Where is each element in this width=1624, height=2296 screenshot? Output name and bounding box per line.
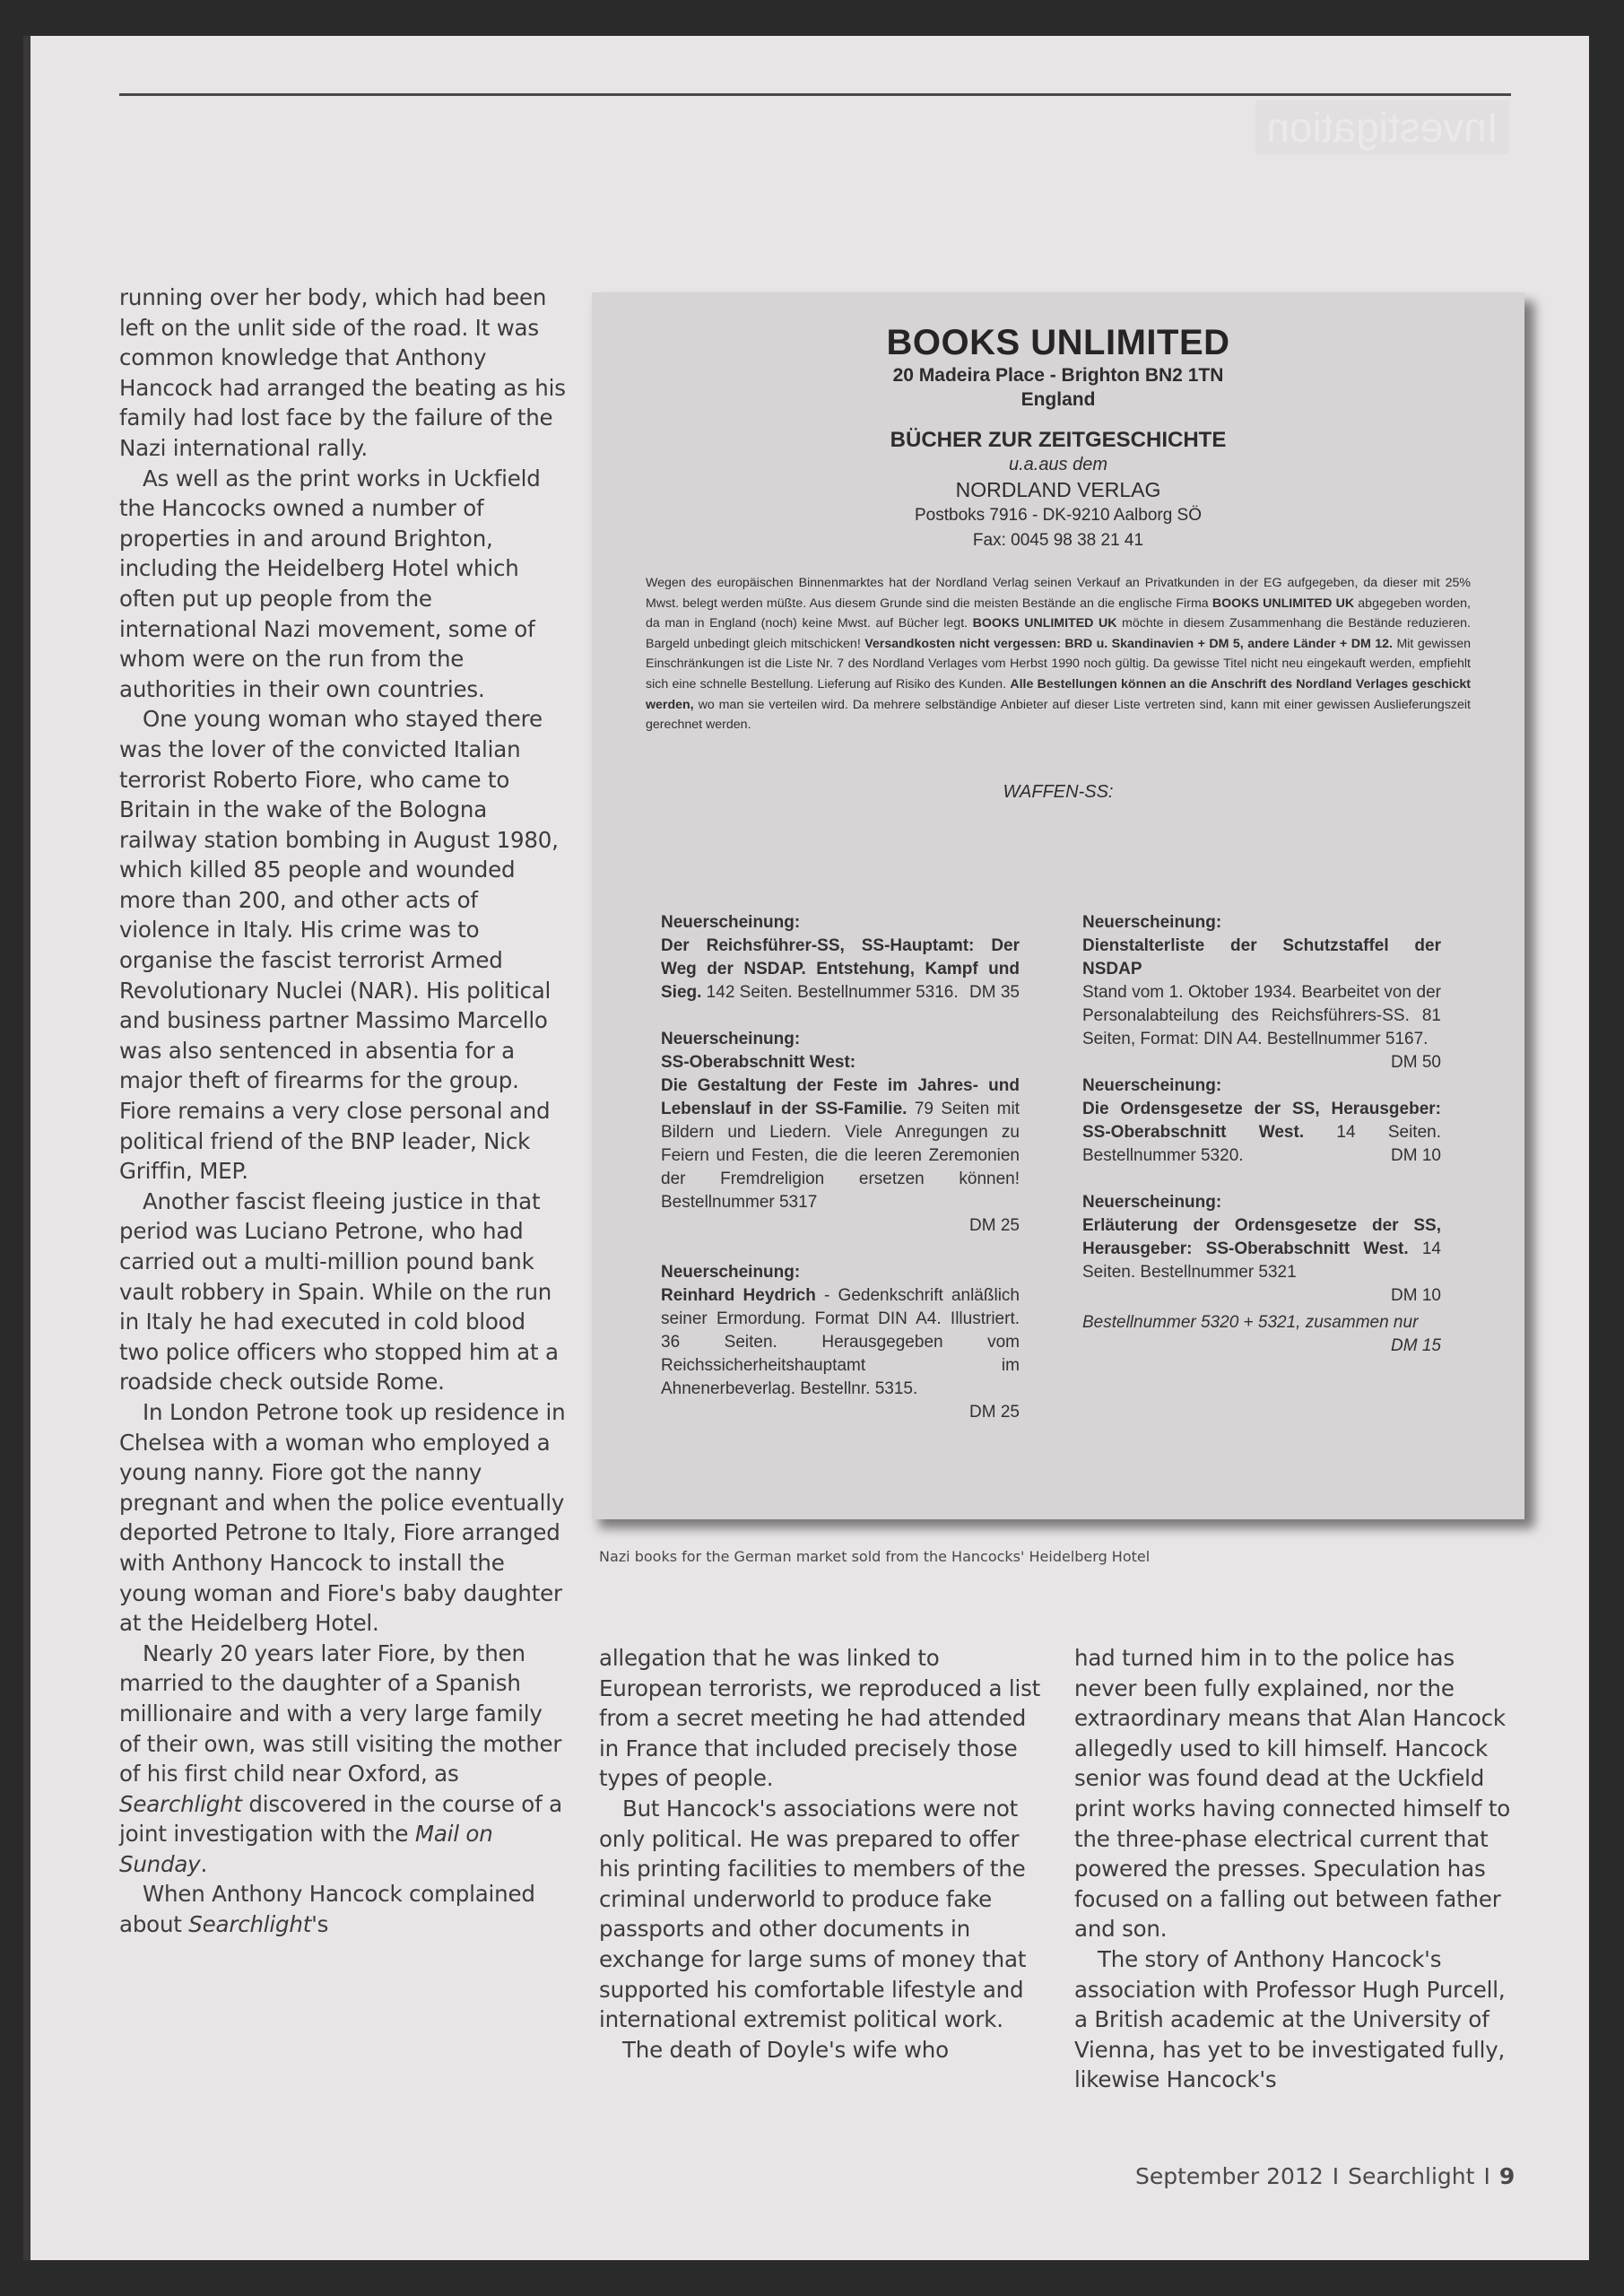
books-advert-figure: BOOKS UNLIMITED 20 Madeira Place - Brigh…	[592, 292, 1524, 1519]
advert-header: BOOKS UNLIMITED 20 Madeira Place - Brigh…	[592, 292, 1524, 553]
book-price: DM 10	[1082, 1284, 1441, 1308]
advert-fax: Fax: 0045 98 38 21 41	[592, 528, 1524, 553]
paragraph: The death of Doyle's wife who	[599, 2035, 1047, 2066]
footer-separator: I	[1483, 2163, 1489, 2189]
book-title: Reinhard Heydrich	[661, 1286, 816, 1305]
paragraph: Another fascist fleeing justice in that …	[119, 1187, 568, 1397]
combo-offer: Bestellnummer 5320 + 5321, zusammen nur …	[1082, 1311, 1441, 1335]
paragraph: One young woman who stayed there was the…	[119, 704, 568, 1187]
advert-notice: Wegen des europäischen Binnenmarktes hat…	[646, 573, 1471, 735]
header-rule	[119, 93, 1511, 96]
advert-listing-left: Neuerscheinung: Der Reichsführer-SS, SS-…	[661, 911, 1020, 1448]
publication-name: Searchlight	[119, 1791, 242, 1817]
article-column-3: had turned him in to the police has neve…	[1074, 1643, 1523, 2095]
advert-postbox: Postboks 7916 - DK-9210 Aalborg SÖ	[592, 503, 1524, 528]
book-price: DM 35	[969, 981, 1020, 1004]
advert-section-heading: WAFFEN-SS:	[592, 782, 1524, 803]
advert-country: England	[592, 387, 1524, 412]
book-entry: Neuerscheinung: Reinhard Heydrich - Gede…	[661, 1261, 1020, 1424]
paragraph: But Hancock's associations were not only…	[599, 1794, 1047, 2035]
article-column-2: allegation that he was linked to Europea…	[599, 1643, 1047, 2065]
advert-title: BOOKS UNLIMITED	[592, 323, 1524, 363]
book-price: DM 50	[1391, 1051, 1441, 1074]
section-tag: Investigation	[1255, 100, 1509, 154]
book-entry: Neuerscheinung: Die Ordensgesetze der SS…	[1082, 1074, 1441, 1168]
paragraph: As well as the print works in Uckfield t…	[119, 464, 568, 705]
advert-address: 20 Madeira Place - Brighton BN2 1TN	[592, 363, 1524, 387]
paragraph: allegation that he was linked to Europea…	[599, 1643, 1047, 1794]
book-entry: Neuerscheinung: Der Reichsführer-SS, SS-…	[661, 911, 1020, 1004]
publication-name: Searchlight	[1348, 2163, 1474, 2189]
paragraph: The story of Anthony Hancock's associati…	[1074, 1944, 1523, 2095]
book-price: DM 25	[661, 1214, 1020, 1238]
page-number: 9	[1499, 2163, 1515, 2189]
article-column-1: running over her body, which had been le…	[119, 283, 568, 1940]
paragraph: running over her body, which had been le…	[119, 283, 568, 464]
advert-publisher: NORDLAND VERLAG	[592, 476, 1524, 503]
book-entry: Neuerscheinung: SS-Oberabschnitt West: D…	[661, 1028, 1020, 1238]
paragraph: In London Petrone took up residence in C…	[119, 1397, 568, 1639]
footer-separator: I	[1333, 2163, 1339, 2189]
book-entry: Neuerscheinung: Dienstalterliste der Sch…	[1082, 911, 1441, 1051]
page-footer: September 2012ISearchlightI9	[1135, 2163, 1515, 2189]
issue-date: September 2012	[1135, 2163, 1324, 2189]
book-title: Dienstalterliste der Schutzstaffel der N…	[1082, 936, 1441, 978]
publication-name: Searchlight	[188, 1911, 311, 1937]
paragraph: When Anthony Hancock complained about Se…	[119, 1879, 568, 1939]
book-price: DM 25	[661, 1401, 1020, 1424]
advert-listing-right: Neuerscheinung: Dienstalterliste der Sch…	[1082, 911, 1441, 1358]
combo-price: DM 15	[1391, 1335, 1441, 1358]
advert-ua: u.a.aus dem	[592, 453, 1524, 476]
book-entry: Neuerscheinung: Erläuterung der Ordensge…	[1082, 1191, 1441, 1308]
figure-caption: Nazi books for the German market sold fr…	[599, 1548, 1150, 1565]
book-price: DM 10	[1391, 1144, 1441, 1168]
advert-subtitle: BÜCHER ZUR ZEITGESCHICHTE	[592, 428, 1524, 453]
paragraph: had turned him in to the police has neve…	[1074, 1643, 1523, 1944]
paragraph: Nearly 20 years later Fiore, by then mar…	[119, 1639, 568, 1880]
book-title: Erläuterung der Ordensgesetze der SS, He…	[1082, 1216, 1441, 1258]
